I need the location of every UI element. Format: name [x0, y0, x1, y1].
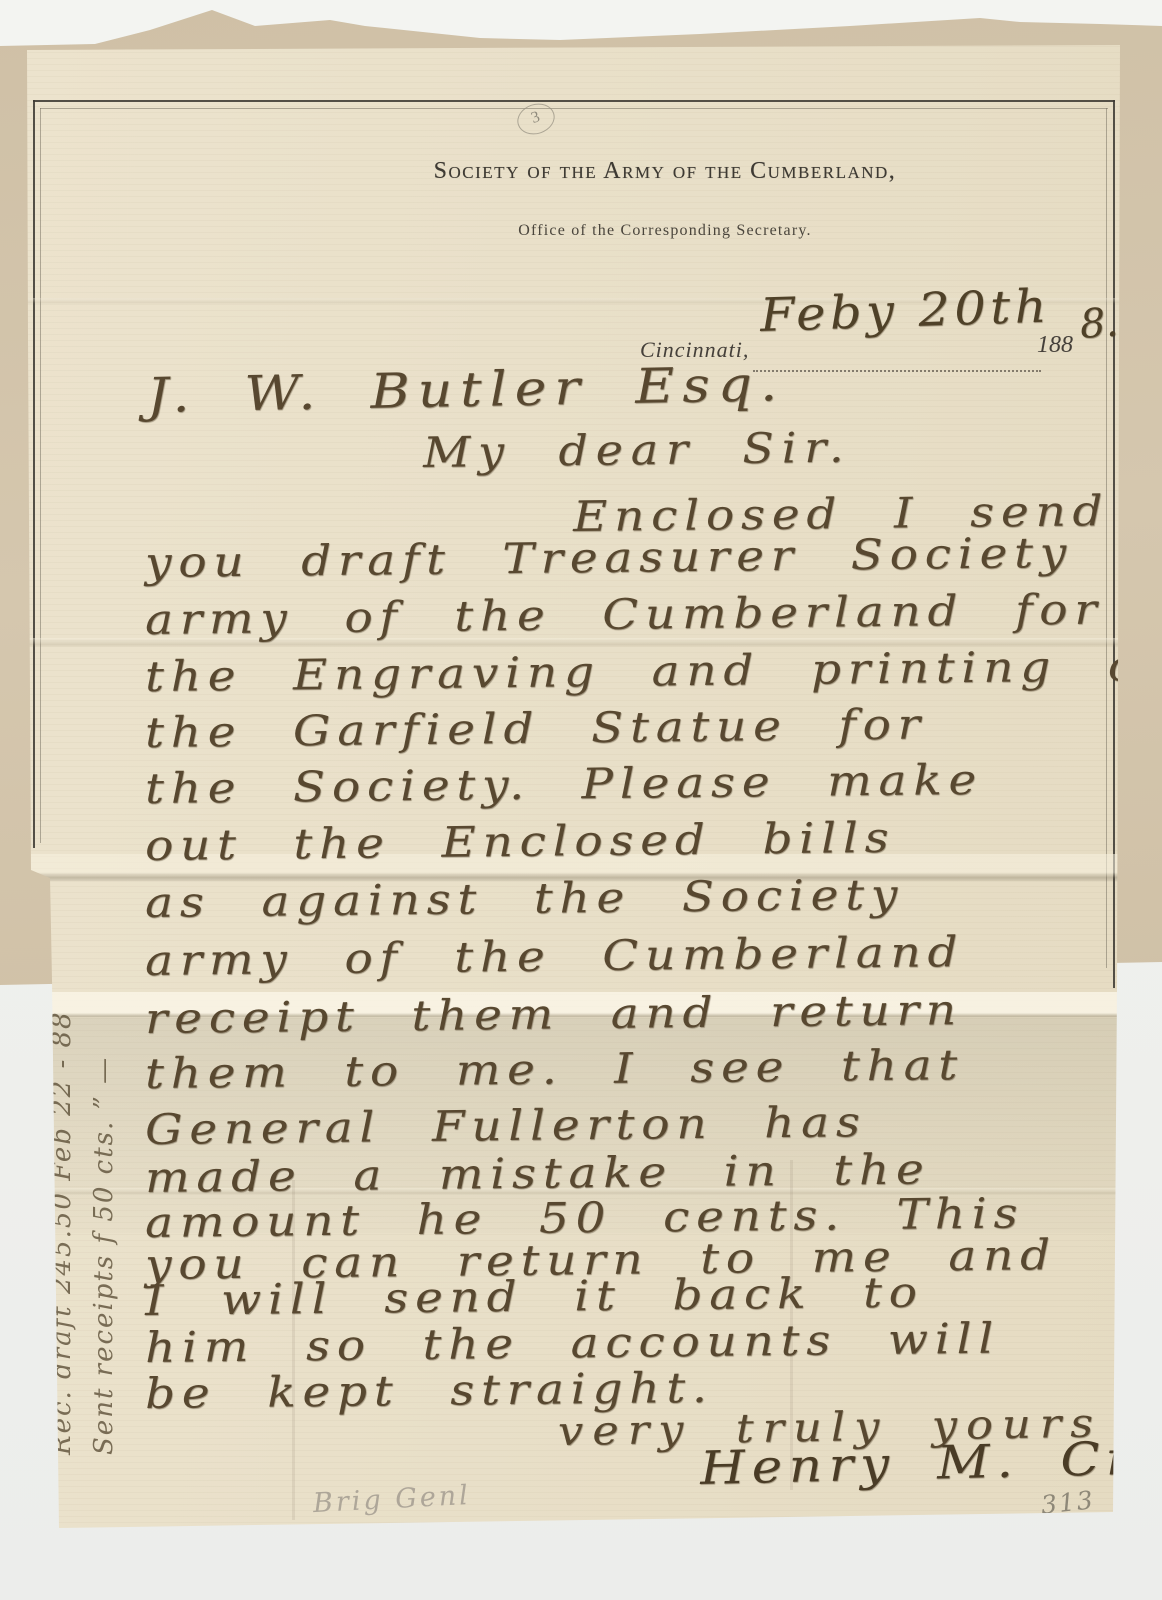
letter-body-line: army of the Cumberland — [145, 927, 965, 985]
frame-right-rule — [1113, 100, 1115, 988]
letter-page: 3 Society of the Army of the Cumberland,… — [25, 40, 1120, 1545]
letter-body-line: them to me. I see that — [145, 1040, 965, 1098]
handwritten-date: Feby 20th — [759, 279, 1052, 342]
frame-left-rule — [33, 100, 35, 848]
margin-note: Rec. draft 245.50 Feb 22 - 88 Sent recei… — [41, 825, 133, 1455]
pencil-circled-number: 3 — [513, 99, 558, 139]
letter-body-line: receipt them and return — [145, 985, 963, 1043]
letter-body-line: as against the Society — [145, 870, 905, 927]
margin-note-line-2: Sent receipts f 50 cts. ” — — [83, 825, 125, 1455]
frame-top-inner-rule — [40, 108, 1108, 109]
frame-top-rule — [33, 100, 1115, 102]
pencil-note-brig-genl: Brig Genl — [312, 1480, 471, 1519]
frame-left-inner-rule — [40, 108, 41, 843]
letter-body-line: out the Enclosed bills — [145, 813, 896, 870]
letter-body-line: the Society. Please make — [145, 755, 984, 813]
salutation-line: My dear Sir. — [423, 423, 852, 477]
letter-body-line: the Engraving and printing of — [145, 641, 1162, 701]
recipient-line: J. W. Butler Esq. — [146, 356, 785, 424]
scan-background: 3 Society of the Army of the Cumberland,… — [0, 0, 1162, 1600]
dateline-dotted-rule — [753, 370, 1041, 372]
letter-body-line: him so the accounts will — [145, 1314, 1001, 1372]
frame-right-inner-rule — [1106, 108, 1107, 968]
letterhead-office-line: Office of the Corresponding Secretary. — [355, 222, 975, 240]
letter-body-line: you draft Treasurer Society — [145, 528, 1074, 587]
handwritten-year-digit: 8. — [1078, 299, 1119, 348]
dateline-printed-year: 188 — [1037, 332, 1073, 359]
letterhead-title: Society of the Army of the Cumberland, — [355, 158, 975, 185]
letter-body-line: army of the Cumberland for — [145, 585, 1104, 644]
letter-body-line: the Garfield Statue for — [145, 699, 927, 757]
circled-number-value: 3 — [529, 108, 542, 127]
pencil-number-313: 313 — [1040, 1485, 1096, 1519]
